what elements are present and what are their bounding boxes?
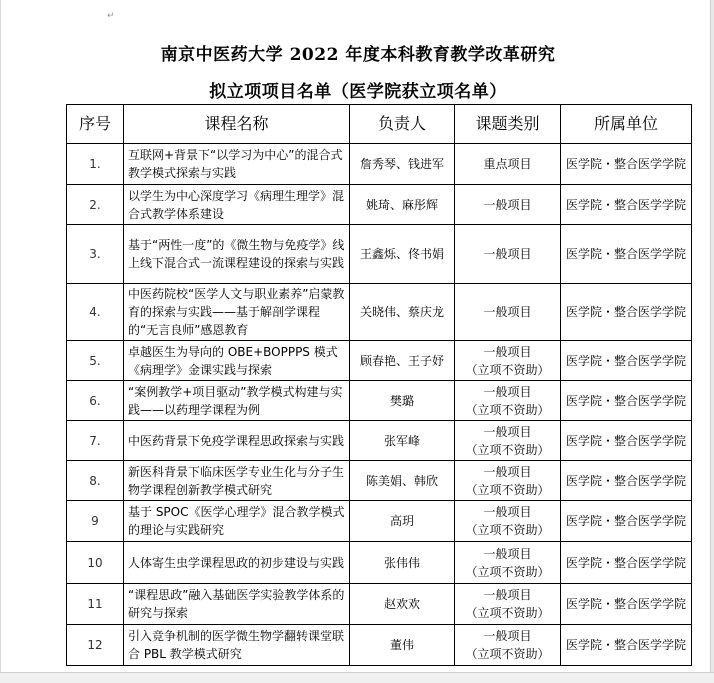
cell-type: 一般项目（立项不资助） [455, 461, 561, 501]
table-row: 5.卓越医生为导向的 OBE+BOPPPS 模式《病理学》金课实践与探索顾春艳、… [67, 341, 692, 381]
table-row: 9基于 SPOC《医学心理学》混合教学模式的理论与实践研究高玥一般项目（立项不资… [67, 501, 692, 542]
cell-course-name: 基于 SPOC《医学心理学》混合教学模式的理论与实践研究 [124, 501, 350, 542]
cell-unit: 医学院・整合医学学院 [561, 461, 692, 501]
type-note: （立项不资助） [459, 604, 556, 622]
document-title-line1: 南京中医药大学 2022 年度本科教育教学改革研究 [1, 40, 714, 65]
cell-type: 一般项目（立项不资助） [455, 501, 561, 542]
page-gap [0, 672, 714, 683]
cell-no: 12 [67, 625, 124, 666]
type-label: 一般项目 [459, 586, 556, 604]
table-row: 3.基于“两性一度”的《微生物与免疫学》线上线下混合式一流课程建设的探索与实践王… [67, 225, 692, 284]
cell-type: 重点项目 [455, 144, 561, 185]
cell-no: 8. [67, 461, 124, 501]
cell-unit: 医学院・整合医学学院 [561, 225, 692, 284]
type-note: （立项不资助） [459, 401, 556, 419]
cell-lead: 赵欢欢 [350, 584, 455, 625]
cell-course-name: 中医药背景下免疫学课程思政探索与实践 [124, 421, 350, 461]
cell-type: 一般项目（立项不资助） [455, 381, 561, 421]
type-label: 一般项目 [459, 303, 556, 321]
header-no: 序号 [67, 105, 124, 144]
cell-course-name: “案例教学+项目驱动”教学模式构建与实践——以药理学课程为例 [124, 381, 350, 421]
cell-no: 10 [67, 542, 124, 584]
cell-type: 一般项目（立项不资助） [455, 542, 561, 584]
cell-type: 一般项目 [455, 225, 561, 284]
cell-no: 3. [67, 225, 124, 284]
cell-no: 2. [67, 185, 124, 225]
cell-type: 一般项目（立项不资助） [455, 584, 561, 625]
project-table: 序号 课程名称 负责人 课题类别 所属单位 1.互联网+背景下“以学习为中心”的… [66, 104, 692, 666]
table-row: 10人体寄生虫学课程思政的初步建设与实践张伟伟一般项目（立项不资助）医学院・整合… [67, 542, 692, 584]
type-label: 一般项目 [459, 383, 556, 401]
header-type: 课题类别 [455, 105, 561, 144]
cell-lead: 陈美娟、韩欣 [350, 461, 455, 501]
cell-lead: 高玥 [350, 501, 455, 542]
cell-lead: 关晓伟、蔡庆龙 [350, 284, 455, 341]
cell-unit: 医学院・整合医学学院 [561, 185, 692, 225]
cell-lead: 姚琦、麻彤辉 [350, 185, 455, 225]
cell-course-name: 以学生为中心深度学习《病理生理学》混合式教学体系建设 [124, 185, 350, 225]
cell-no: 1. [67, 144, 124, 185]
document-title-line2: 拟立项项目名单（医学院获立项名单） [1, 77, 714, 102]
type-note: （立项不资助） [459, 645, 556, 663]
table-row: 12引入竞争机制的医学微生物学翻转课堂联合 PBL 教学模式研究董伟一般项目（立… [67, 625, 692, 666]
cell-unit: 医学院・整合医学学院 [561, 284, 692, 341]
document-page: ↵ 南京中医药大学 2022 年度本科教育教学改革研究 拟立项项目名单（医学院获… [0, 0, 711, 672]
cell-unit: 医学院・整合医学学院 [561, 341, 692, 381]
cell-no: 9 [67, 501, 124, 542]
type-note: （立项不资助） [459, 563, 556, 581]
cell-no: 7. [67, 421, 124, 461]
cell-course-name: 基于“两性一度”的《微生物与免疫学》线上线下混合式一流课程建设的探索与实践 [124, 225, 350, 284]
header-course-name: 课程名称 [124, 105, 350, 144]
cell-no: 4. [67, 284, 124, 341]
type-label: 一般项目 [459, 245, 556, 263]
type-label: 一般项目 [459, 423, 556, 441]
type-label: 一般项目 [459, 503, 556, 521]
type-label: 重点项目 [459, 155, 556, 173]
cell-type: 一般项目（立项不资助） [455, 421, 561, 461]
cell-course-name: 新医科背景下临床医学专业生化与分子生物学课程创新教学模式研究 [124, 461, 350, 501]
header-unit: 所属单位 [561, 105, 692, 144]
cell-no: 11 [67, 584, 124, 625]
cell-lead: 张军峰 [350, 421, 455, 461]
cell-course-name: 卓越医生为导向的 OBE+BOPPPS 模式《病理学》金课实践与探索 [124, 341, 350, 381]
table-row: 1.互联网+背景下“以学习为中心”的混合式教学模式探索与实践詹秀琴、钱进军重点项… [67, 144, 692, 185]
type-note: （立项不资助） [459, 441, 556, 459]
cell-course-name: 引入竞争机制的医学微生物学翻转课堂联合 PBL 教学模式研究 [124, 625, 350, 666]
cell-type: 一般项目 [455, 185, 561, 225]
type-label: 一般项目 [459, 545, 556, 563]
type-label: 一般项目 [459, 343, 556, 361]
table-row: 7.中医药背景下免疫学课程思政探索与实践张军峰一般项目（立项不资助）医学院・整合… [67, 421, 692, 461]
type-label: 一般项目 [459, 627, 556, 645]
cell-course-name: 中医药院校“医学人文与职业素养”启蒙教育的探索与实践——基于解剖学课程的“无言良… [124, 284, 350, 341]
cell-unit: 医学院・整合医学学院 [561, 584, 692, 625]
table-header-row: 序号 课程名称 负责人 课题类别 所属单位 [67, 105, 692, 144]
cell-lead: 詹秀琴、钱进军 [350, 144, 455, 185]
cell-unit: 医学院・整合医学学院 [561, 625, 692, 666]
cell-lead: 樊璐 [350, 381, 455, 421]
cell-lead: 董伟 [350, 625, 455, 666]
cell-no: 5. [67, 341, 124, 381]
type-label: 一般项目 [459, 196, 556, 214]
type-label: 一般项目 [459, 463, 556, 481]
type-note: （立项不资助） [459, 361, 556, 379]
table-row: 4.中医药院校“医学人文与职业素养”启蒙教育的探索与实践——基于解剖学课程的“无… [67, 284, 692, 341]
cell-no: 6. [67, 381, 124, 421]
cell-lead: 王鑫烁、佟书娟 [350, 225, 455, 284]
cell-unit: 医学院・整合医学学院 [561, 144, 692, 185]
cell-lead: 张伟伟 [350, 542, 455, 584]
cell-unit: 医学院・整合医学学院 [561, 542, 692, 584]
cell-unit: 医学院・整合医学学院 [561, 381, 692, 421]
vertical-scrollbar[interactable] [710, 0, 714, 683]
cell-course-name: “课程思政”融入基础医学实验教学体系的研究与探索 [124, 584, 350, 625]
cell-lead: 顾春艳、王子妤 [350, 341, 455, 381]
cell-course-name: 互联网+背景下“以学习为中心”的混合式教学模式探索与实践 [124, 144, 350, 185]
table-row: 2.以学生为中心深度学习《病理生理学》混合式教学体系建设姚琦、麻彤辉一般项目医学… [67, 185, 692, 225]
cell-course-name: 人体寄生虫学课程思政的初步建设与实践 [124, 542, 350, 584]
cell-type: 一般项目 [455, 284, 561, 341]
table-row: 6.“案例教学+项目驱动”教学模式构建与实践——以药理学课程为例樊璐一般项目（立… [67, 381, 692, 421]
type-note: （立项不资助） [459, 481, 556, 499]
paragraph-mark-icon: ↵ [107, 12, 115, 21]
table-row: 8.新医科背景下临床医学专业生化与分子生物学课程创新教学模式研究陈美娟、韩欣一般… [67, 461, 692, 501]
header-lead: 负责人 [350, 105, 455, 144]
cell-type: 一般项目（立项不资助） [455, 341, 561, 381]
cell-unit: 医学院・整合医学学院 [561, 501, 692, 542]
cell-unit: 医学院・整合医学学院 [561, 421, 692, 461]
table-row: 11“课程思政”融入基础医学实验教学体系的研究与探索赵欢欢一般项目（立项不资助）… [67, 584, 692, 625]
cell-type: 一般项目（立项不资助） [455, 625, 561, 666]
type-note: （立项不资助） [459, 521, 556, 539]
